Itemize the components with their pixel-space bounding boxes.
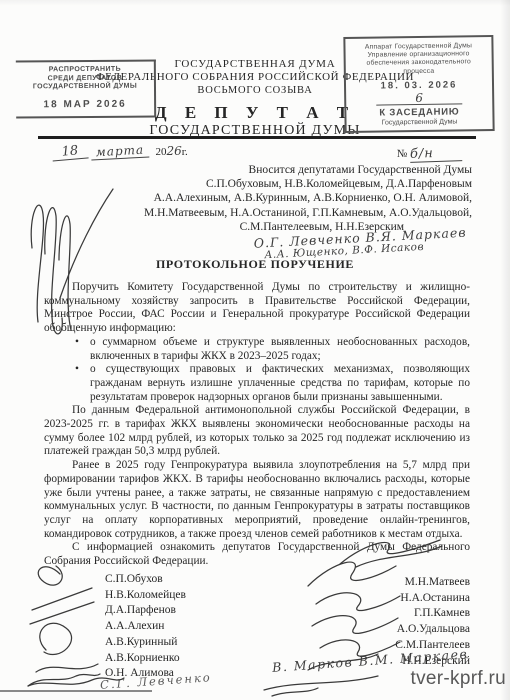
paragraph-prosecutor-data: Ранее в 2025 году Генпрокуратура выявила… (44, 459, 470, 541)
bullet-item: • о существующих правовых и фактических … (44, 363, 470, 404)
submitters-line: Вносится депутатами Государственной Думы (72, 163, 472, 177)
signatory-name: Д.А.Парфенов (105, 603, 186, 619)
bullet-marker: • (75, 363, 79, 377)
number-value-handwritten: б/н (410, 145, 463, 163)
bullet-text: о существующих правовых и фактических ме… (90, 363, 470, 402)
signatory-name: Г.П.Камнев (395, 606, 470, 622)
stamp-duma-apparatus: Аппарат Государственной Думы Управление … (343, 35, 494, 133)
paragraph-inform-deputies: С информацией ознакомить депутатов Госуд… (44, 541, 470, 568)
bullet-item: • о суммарном объеме и структуре выявлен… (44, 336, 470, 363)
signature-column-left: С.П.Обухов Н.В.Коломейцев Д.А.Парфенов А… (105, 572, 186, 682)
stamp-text-line: ГОСУДАРСТВЕННОЙ ДУМЫ (18, 83, 152, 92)
document-title: ПРОТОКОЛЬНОЕ ПОРУЧЕНИЕ (0, 257, 510, 272)
signatory-name: А.В.Корниенко (105, 651, 186, 667)
date-month: марта (90, 142, 149, 160)
stamp-date: 18 МАР 2026 (18, 98, 152, 110)
document-body: Поручить Комитету Государственной Думы п… (44, 281, 470, 569)
date-year-ending: г. (182, 146, 188, 158)
signatory-name: А.О.Удальцова (395, 622, 470, 638)
signatory-name: М.Н.Матвеев (395, 575, 470, 591)
signatory-name: С.П.Обухов (105, 572, 186, 588)
date-handwritten: 18 марта 2026г. (52, 144, 188, 160)
paragraph-instruction: Поручить Комитету Государственной Думы п… (44, 281, 470, 336)
signatory-name: Н.А.Останина (395, 591, 470, 607)
stamp-date: 18. 03. 2026 (350, 79, 488, 92)
document-number: № б/н (397, 146, 462, 162)
submitters-line: М.Н.Матвеевым, Н.А.Останиной, Г.П.Камнев… (72, 206, 472, 220)
date-day: 18 (51, 142, 88, 161)
site-watermark: tver-kprf.ru (411, 668, 506, 690)
stamp-session-subtitle: Государственной Думы (350, 118, 488, 127)
date-year-prefix: 20 (156, 146, 167, 158)
stamp-distribute-among-deputies: РАСПРОСТРАНИТЬ СРЕДИ ДЕПУТАТОВ ГОСУДАРСТ… (16, 60, 156, 118)
date-year-suffix: 26 (167, 144, 182, 158)
scan-fold-line (0, 690, 152, 692)
signatory-name: А.В.Куринный (105, 635, 186, 651)
number-sign: № (397, 148, 408, 160)
signatory-name: Н.В.Коломейцев (105, 588, 186, 604)
paragraph-fas-data: По данным Федеральной антимонопольной сл… (44, 404, 470, 459)
submitters-block: Вносится депутатами Государственной Думы… (72, 163, 472, 234)
stamp-session-title: К ЗАСЕДАНИЮ (350, 106, 488, 119)
bullet-marker: • (75, 336, 79, 350)
stamp-handwritten-session-number: 6 (376, 91, 462, 105)
signatory-name: А.А.Алехин (105, 619, 186, 635)
bullet-text: о суммарном объеме и структуре выявленны… (90, 336, 470, 362)
submitters-line: А.А.Алехиным, А.В.Куринным, А.В.Корниенк… (72, 191, 472, 205)
scanned-document-page: РАСПРОСТРАНИТЬ СРЕДИ ДЕПУТАТОВ ГОСУДАРСТ… (0, 0, 510, 700)
submitters-line: С.П.Обуховым, Н.В.Коломейцевым, Д.А.Парф… (72, 177, 472, 191)
scan-edge-shadow-top (0, 0, 510, 6)
